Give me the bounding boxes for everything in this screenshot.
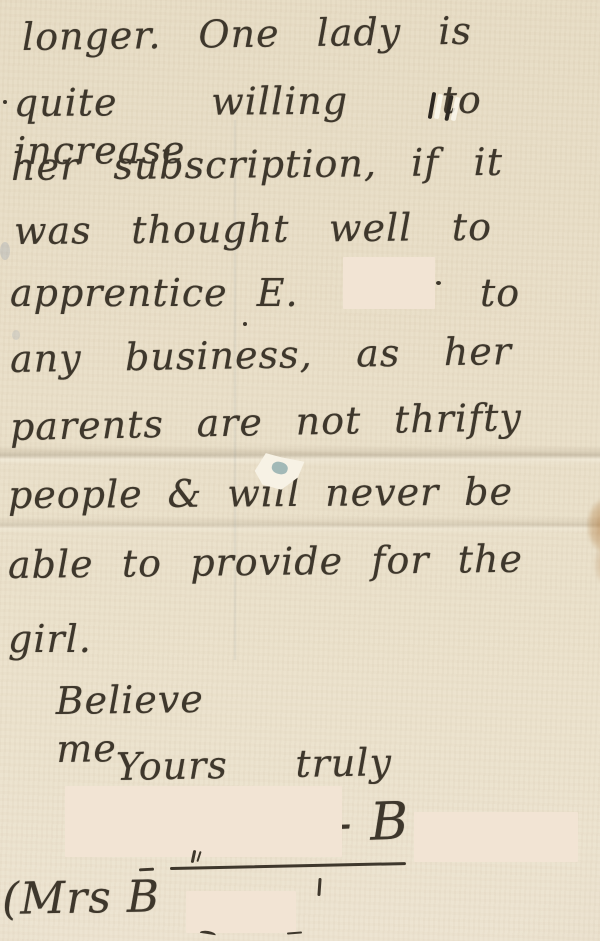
letter-line: her subscription, if it xyxy=(11,139,503,192)
signature: - B xyxy=(333,789,411,857)
redaction-patch xyxy=(343,257,435,309)
ink-dot xyxy=(436,281,441,285)
letter-line: longer. One lady is xyxy=(22,8,473,62)
stain xyxy=(566,492,600,588)
letter-line: parents are not thrifty xyxy=(10,394,523,451)
paper-fleck-mark xyxy=(270,460,289,476)
ink-tick xyxy=(317,878,321,896)
redaction-patch xyxy=(65,786,342,857)
ink-smudge-blue xyxy=(0,242,10,260)
ink-dash xyxy=(287,931,302,934)
redaction-patch xyxy=(414,812,578,862)
ink-dot xyxy=(3,100,7,104)
redaction-patch xyxy=(186,891,296,933)
letter-line: girl. xyxy=(8,616,92,664)
closing-line: Yours truly xyxy=(116,739,393,791)
signature-underline xyxy=(170,862,406,870)
letter-line: was thought well to xyxy=(14,204,492,256)
letter-page: longer. One lady is quite willing to inc… xyxy=(0,0,600,941)
ink-dot xyxy=(243,322,247,326)
letter-line: any business, as her xyxy=(10,328,513,383)
letter-line-text: apprentice E. xyxy=(10,271,299,315)
letter-line-with-redaction: apprentice E. to xyxy=(0,270,600,318)
letter-line: able to provide for the xyxy=(8,536,524,590)
letter-line-text: to xyxy=(480,270,520,318)
annotation-mrs: (Mrs B xyxy=(2,869,161,927)
